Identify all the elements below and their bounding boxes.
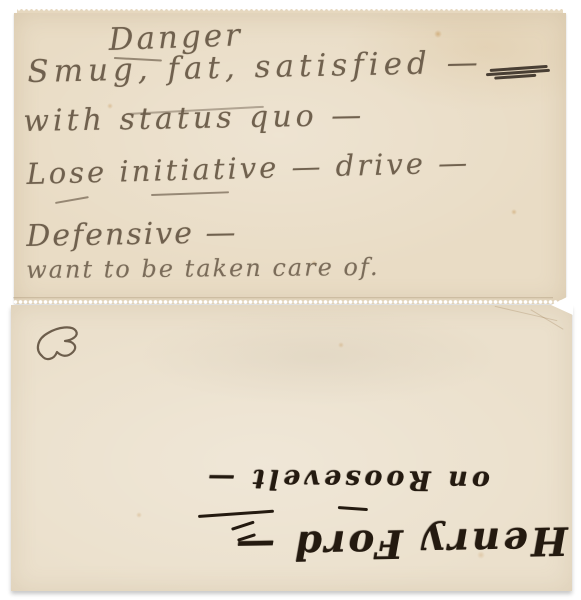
- tear-notch: [551, 294, 573, 315]
- handwritten-line-taken-care-of: want to be taken care of.: [26, 253, 380, 284]
- ink-line-henry-ford: Henry Ford —: [279, 503, 568, 582]
- note-photo: Danger Smug, fat, satisfied — with statu…: [0, 0, 581, 600]
- handwritten-line-defensive: Defensive —: [26, 215, 238, 254]
- perforation-seam: [13, 299, 567, 305]
- ink-line-on-roosevelt: on Roosevelt —: [238, 457, 490, 501]
- doodle-b: [31, 320, 85, 370]
- handwritten-line-status-quo: with status quo —: [23, 98, 366, 139]
